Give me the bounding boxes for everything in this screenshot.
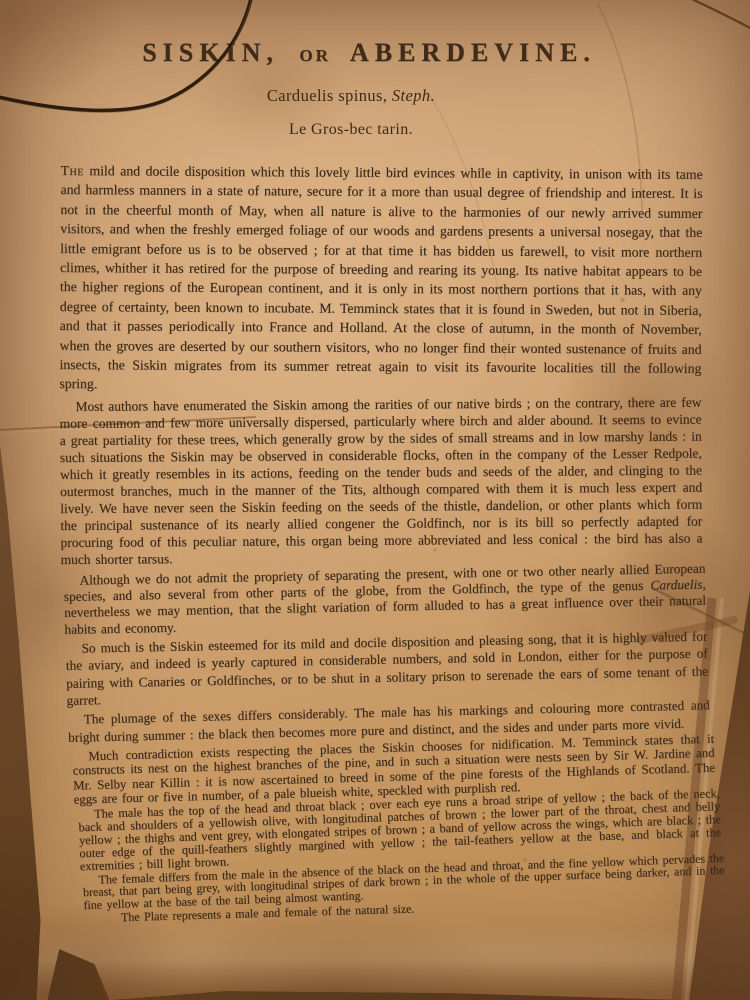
title-word-aberdevine: ABERDEVINE. <box>350 38 596 67</box>
species-roman: Carduelis spinus, <box>267 86 392 105</box>
paragraph-p1: The mild and docile disposition which th… <box>59 161 702 398</box>
paragraph-p4: So much is the Siskin esteemed for its m… <box>65 627 708 709</box>
title-word-siskin: SISKIN, <box>142 38 279 67</box>
photo-of-document: SISKIN, OR ABERDEVINE. Carduelis spinus,… <box>0 0 750 1000</box>
printed-content: SISKIN, OR ABERDEVINE. Carduelis spinus,… <box>60 38 702 925</box>
title-connector: OR <box>299 46 331 65</box>
paragraph-p3: Although we do not admit the propriety o… <box>63 560 706 637</box>
latin-species-name: Carduelis spinus, Steph. <box>267 86 435 106</box>
french-name: Le Gros-bec tarin. <box>289 121 413 139</box>
species-authority: Steph. <box>392 86 435 105</box>
paragraph-p2: Most authors have enumerated the Siskin … <box>59 393 702 567</box>
page-title: SISKIN, OR ABERDEVINE. <box>48 38 690 68</box>
article-body: The mild and docile disposition which th… <box>60 161 702 925</box>
